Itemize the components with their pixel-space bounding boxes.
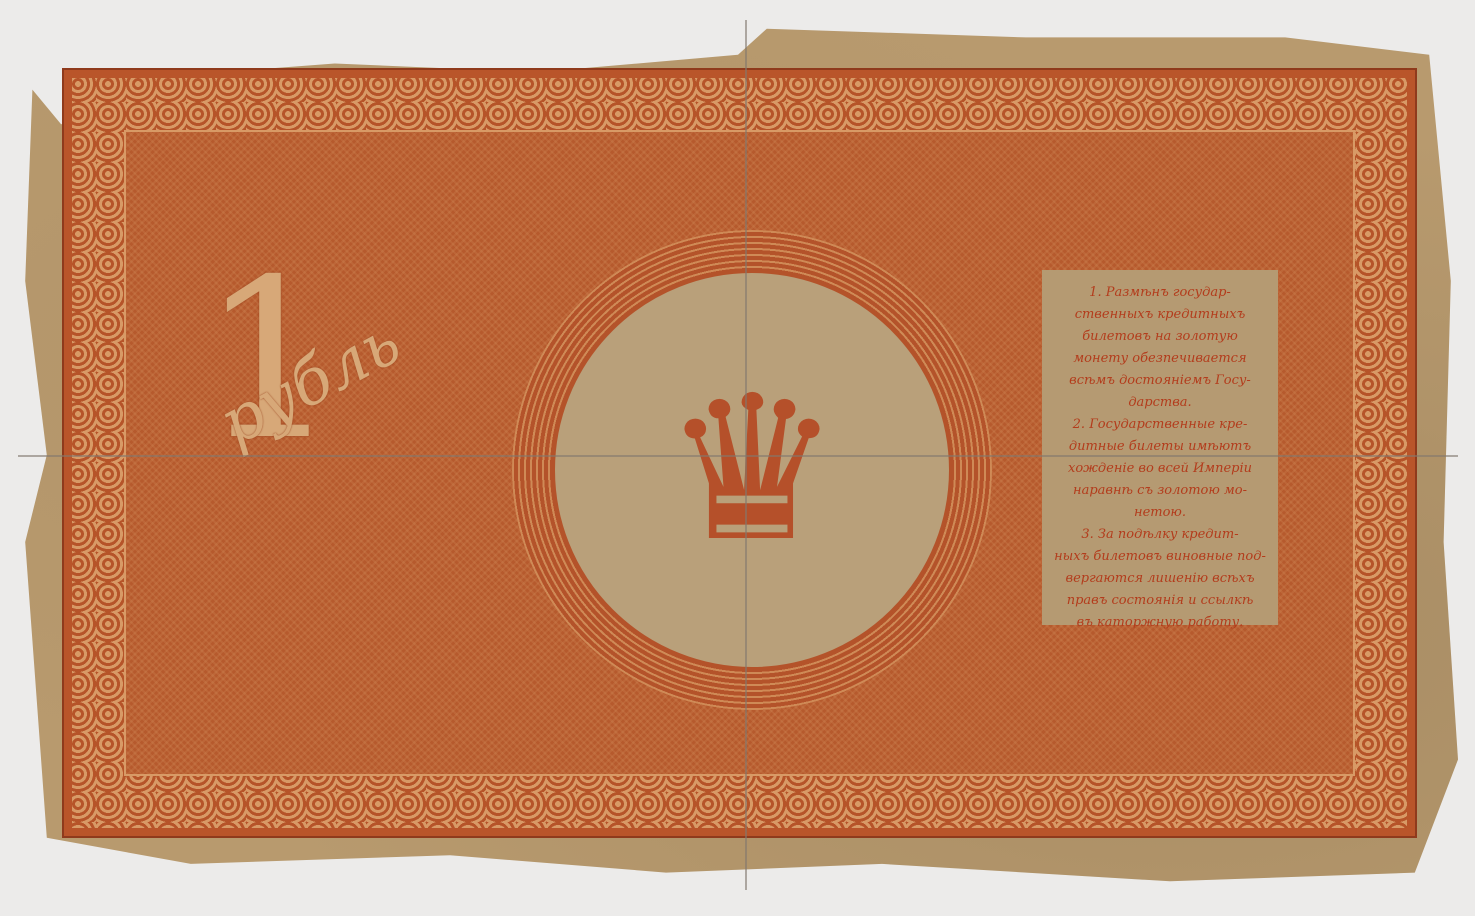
horizontal-fold [18, 455, 1458, 457]
seal-medallion: ♛ [512, 230, 992, 710]
text-line: ственныхъ кредитныхъ [1052, 304, 1268, 326]
denomination: 1 рубль [200, 250, 500, 590]
text-line: 3. За подѣлку кредит- [1052, 524, 1268, 546]
text-line: въ каторжную работу. [1052, 612, 1268, 634]
text-line: билетовъ на золотую [1052, 326, 1268, 348]
text-line: всѣмъ достояніемъ Госу- [1052, 370, 1268, 392]
vertical-fold [745, 20, 747, 890]
double-headed-eagle-icon: ♛ [662, 370, 841, 570]
text-line: нетою. [1052, 502, 1268, 524]
text-line: 2. Государственные кре- [1052, 414, 1268, 436]
text-line: дарства. [1052, 392, 1268, 414]
seal-center: ♛ [552, 270, 952, 670]
text-line: ныхъ билетовъ виновные под- [1052, 546, 1268, 568]
text-line: правъ состоянія и ссылкѣ [1052, 590, 1268, 612]
text-line: наравнѣ съ золотою мо- [1052, 480, 1268, 502]
text-line: вергаются лишенію всѣхъ [1052, 568, 1268, 590]
legal-text-panel: 1. Размѣнъ государ- ственныхъ кредитныхъ… [1042, 270, 1278, 625]
text-line: хожденіе во всей Имперіи [1052, 458, 1268, 480]
text-line: монету обезпечивается [1052, 348, 1268, 370]
text-line: 1. Размѣнъ государ- [1052, 282, 1268, 304]
